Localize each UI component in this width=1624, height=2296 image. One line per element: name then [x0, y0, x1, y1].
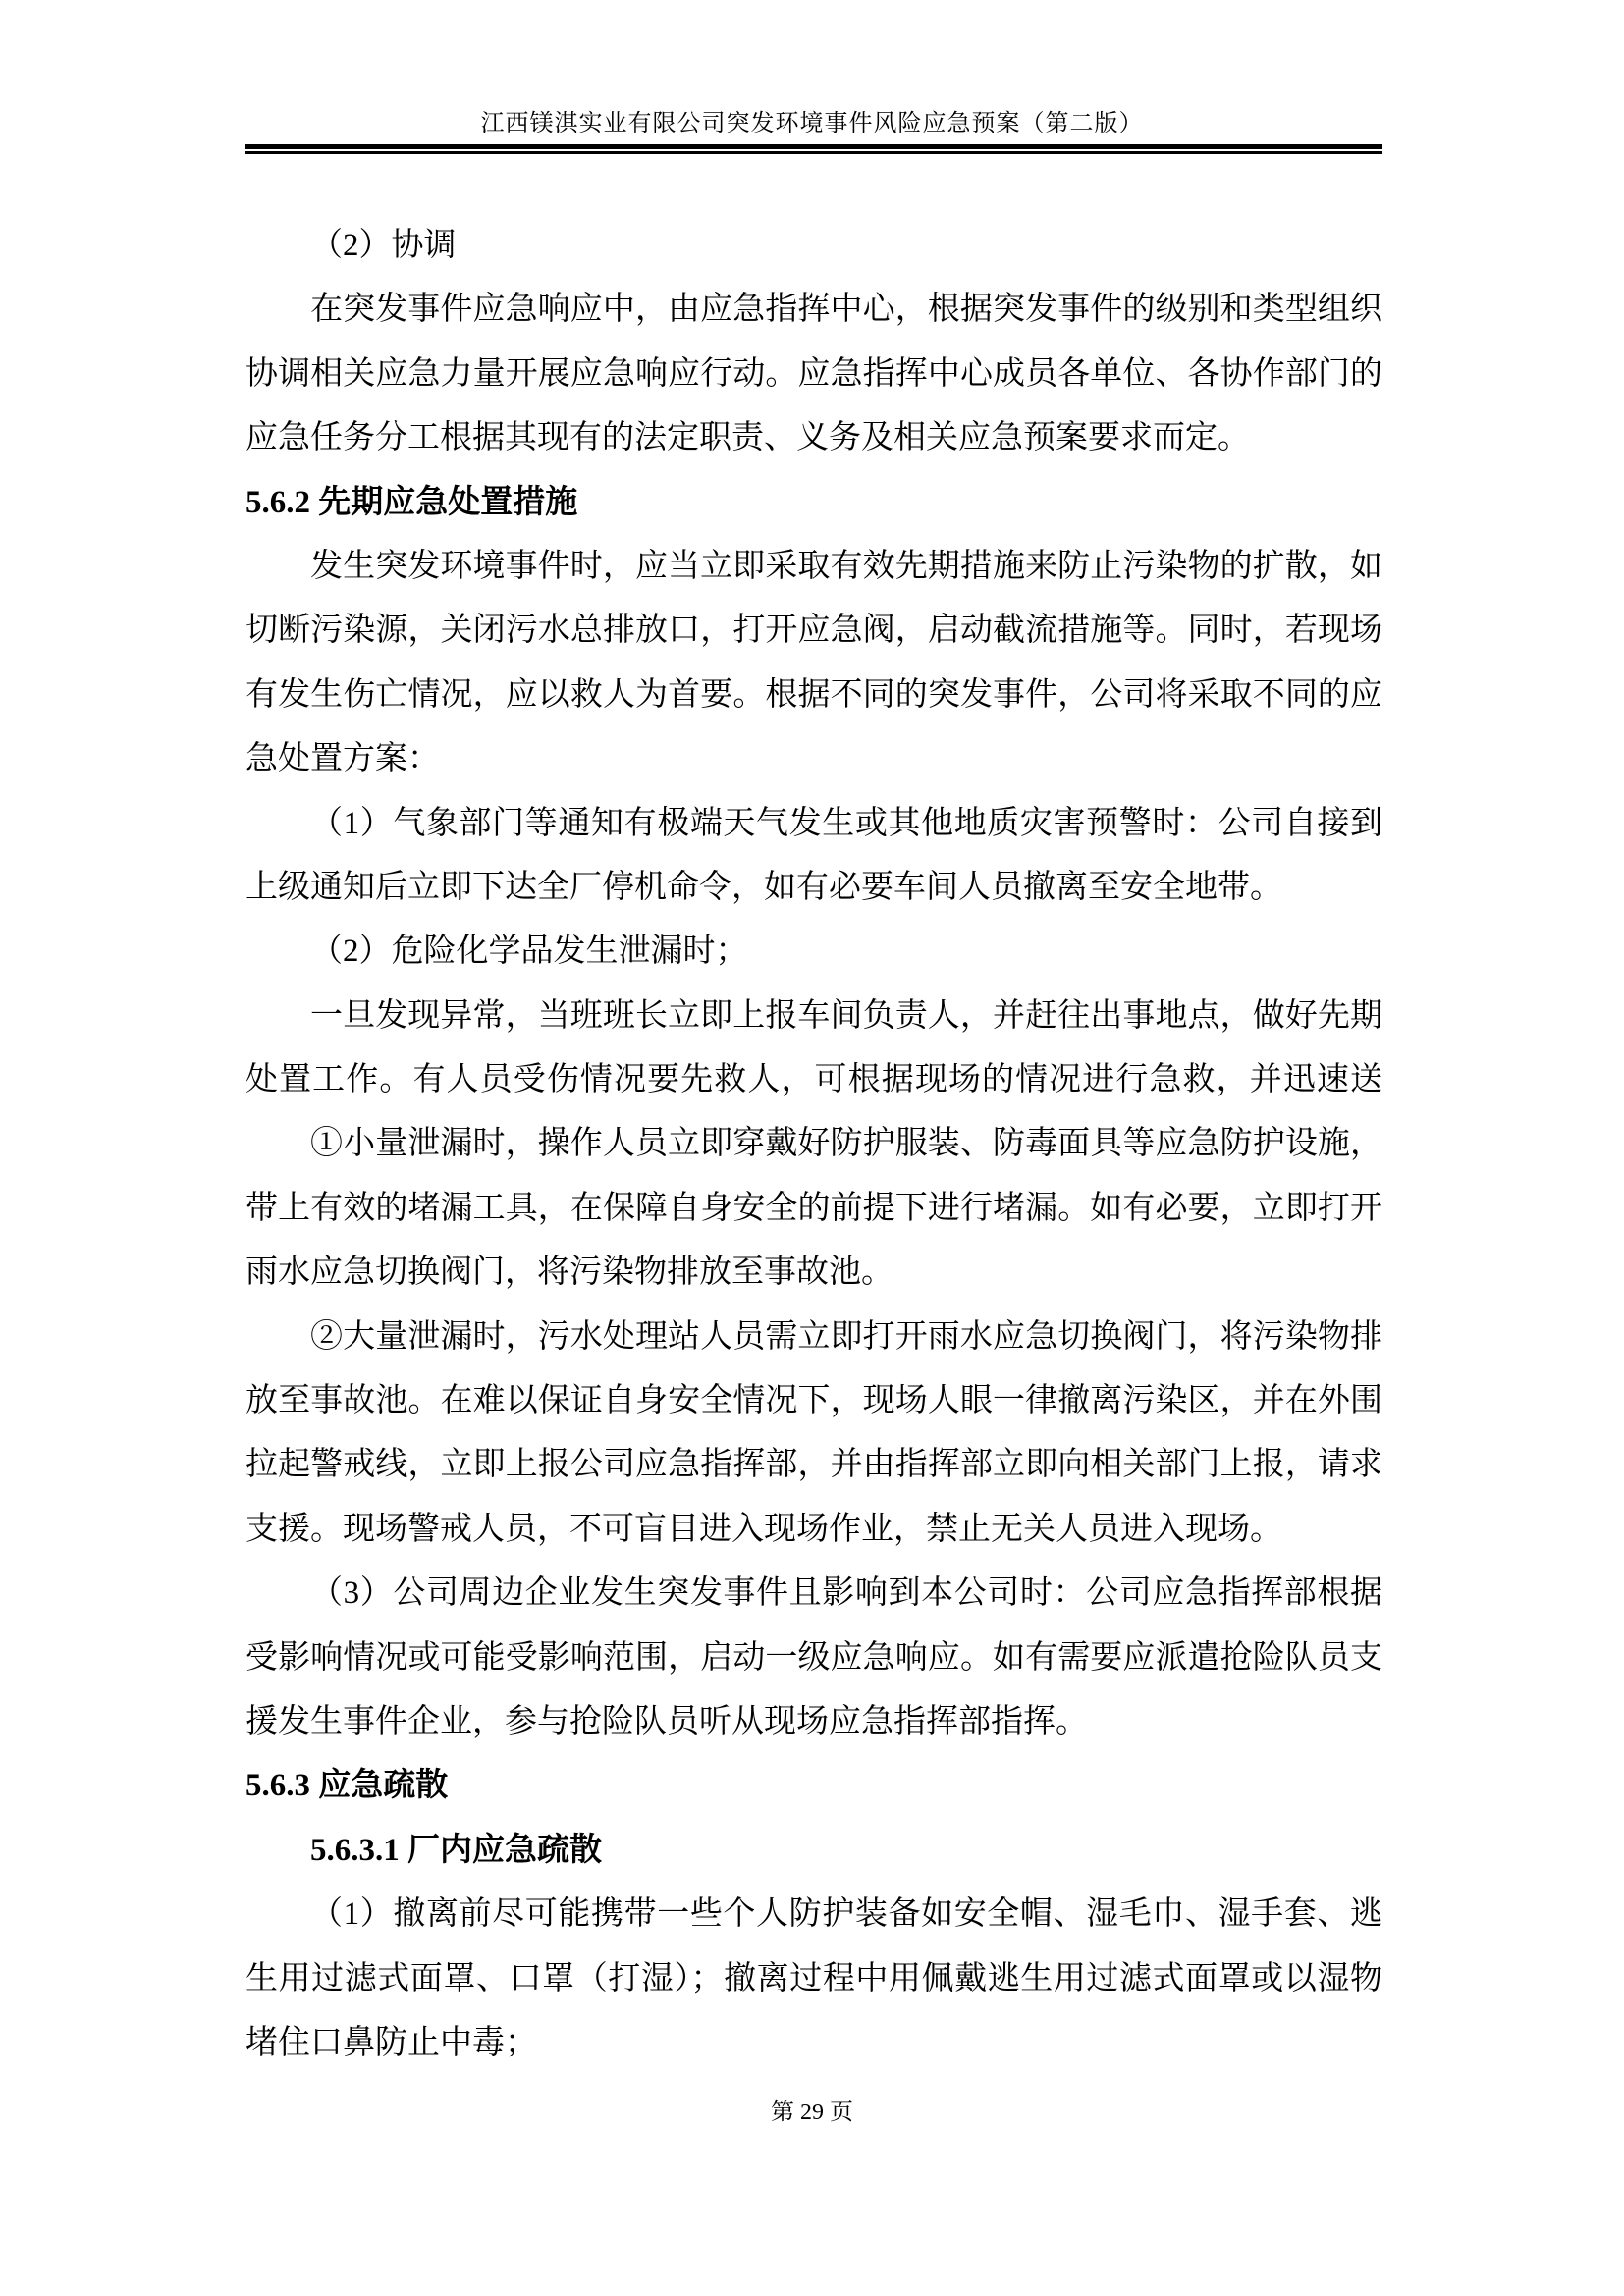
text-line: 急处置方案：: [245, 727, 1382, 791]
text-line: 上级通知后立即下达全厂停机命令，如有必要车间人员撤离至安全地带。: [245, 856, 1382, 920]
header-title: 江西镁淇实业有限公司突发环境事件风险应急预案（第二版）: [0, 110, 1624, 137]
text-line: 发生突发环境事件时，应当立即采取有效先期措施来防止污染物的扩散，如: [245, 535, 1382, 599]
text-line: 拉起警戒线，立即上报公司应急指挥部，并由指挥部立即向相关部门上报，请求: [245, 1433, 1382, 1497]
text-line: 处置工作。有人员受伤情况要先救人，可根据现场的情况进行急救，并迅速送医。: [245, 1048, 1382, 1112]
text-line: （3）公司周边企业发生突发事件且影响到本公司时：公司应急指挥部根据: [245, 1562, 1382, 1626]
header-rule: [245, 144, 1382, 154]
text-line: 协调相关应急力量开展应急响应行动。应急指挥中心成员各单位、各协作部门的: [245, 343, 1382, 406]
text-line: 堵住口鼻防止中毒；: [245, 2011, 1382, 2075]
text-line: 有发生伤亡情况，应以救人为首要。根据不同的突发事件，公司将采取不同的应: [245, 664, 1382, 727]
text-line: 切断污染源，关闭污水总排放口，打开应急阀，启动截流措施等。同时，若现场: [245, 599, 1382, 663]
text-line: 带上有效的堵漏工具，在保障自身安全的前提下进行堵漏。如有必要，立即打开: [245, 1177, 1382, 1241]
text-line: 生用过滤式面罩、口罩（打湿）；撤离过程中用佩戴逃生用过滤式面罩或以湿物: [245, 1948, 1382, 2011]
text-line: 援发生事件企业，参与抢险队员听从现场应急指挥部指挥。: [245, 1690, 1382, 1754]
text-line: ①小量泄漏时，操作人员立即穿戴好防护服装、防毒面具等应急防护设施，: [245, 1112, 1382, 1176]
text-line: 雨水应急切换阀门，将污染物排放至事故池。: [245, 1241, 1382, 1305]
text-line: 在突发事件应急响应中，由应急指挥中心，根据突发事件的级别和类型组织: [245, 278, 1382, 342]
page-number: 第 29 页: [771, 2100, 853, 2125]
section-heading: 5.6.3.1 厂内应急疏散: [245, 1819, 1382, 1883]
text-line: （2）协调: [245, 214, 1382, 278]
text-line: （1）气象部门等通知有极端天气发生或其他地质灾害预警时：公司自接到: [245, 792, 1382, 856]
section-heading: 5.6.3 应急疏散: [245, 1754, 1382, 1818]
text-line: （1）撤离前尽可能携带一些个人防护装备如安全帽、湿毛巾、湿手套、逃: [245, 1883, 1382, 1947]
page-footer: 第 29 页: [0, 2099, 1624, 2126]
text-line: 受影响情况或可能受影响范围，启动一级应急响应。如有需要应派遣抢险队员支: [245, 1627, 1382, 1690]
document-body: （2）协调在突发事件应急响应中，由应急指挥中心，根据突发事件的级别和类型组织协调…: [245, 214, 1382, 2075]
document-page: 江西镁淇实业有限公司突发环境事件风险应急预案（第二版） （2）协调在突发事件应急…: [0, 0, 1624, 2296]
text-line: 一旦发现异常，当班班长立即上报车间负责人，并赶往出事地点，做好先期: [245, 985, 1382, 1048]
text-line: （2）危险化学品发生泄漏时；: [245, 920, 1382, 984]
text-line: 应急任务分工根据其现有的法定职责、义务及相关应急预案要求而定。: [245, 406, 1382, 470]
section-heading: 5.6.2 先期应急处置措施: [245, 471, 1382, 535]
text-line: ②大量泄漏时，污水处理站人员需立即打开雨水应急切换阀门，将污染物排: [245, 1306, 1382, 1369]
text-line: 放至事故池。在难以保证自身安全情况下，现场人眼一律撤离污染区，并在外围: [245, 1369, 1382, 1433]
text-line: 支援。现场警戒人员，不可盲目进入现场作业，禁止无关人员进入现场。: [245, 1498, 1382, 1562]
